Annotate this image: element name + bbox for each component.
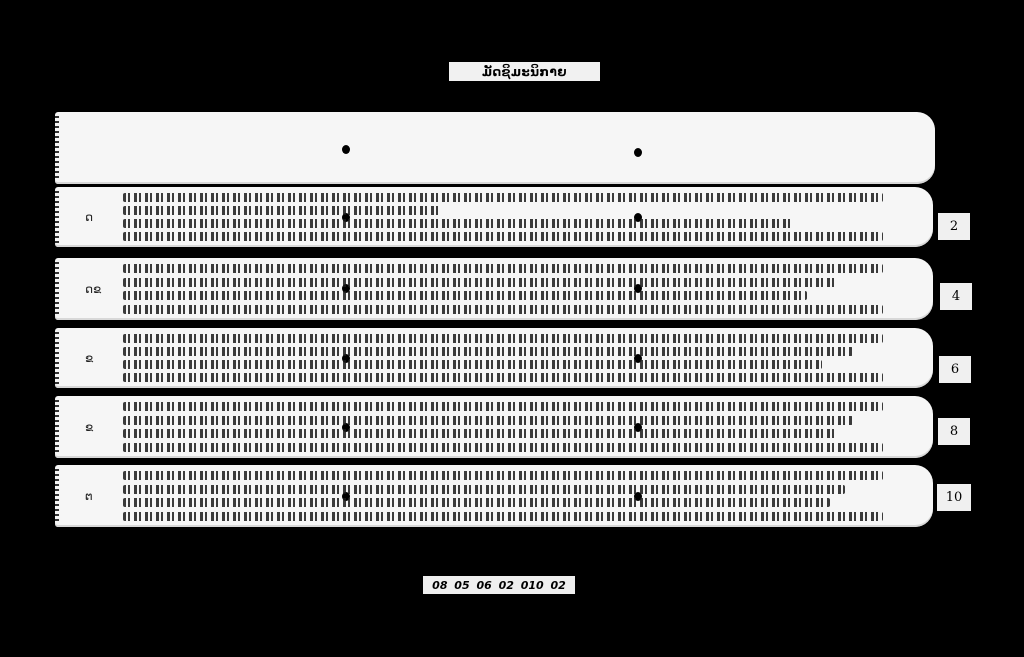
- text-line: inscribed line 2: [123, 278, 837, 287]
- text-line: inscribed line 1: [123, 402, 883, 411]
- leaf-side-number: ດຂ: [85, 282, 101, 296]
- text-line: inscribed line 4: [123, 443, 883, 452]
- text-line: inscribed line 1: [123, 334, 883, 343]
- text-line: inscribed line 3: [123, 360, 822, 369]
- leaf-edge: [55, 469, 59, 523]
- text-line: inscribed line 2: [123, 347, 853, 356]
- text-line: inscribed line 4: [123, 373, 883, 382]
- leaf-side-number: ຂ: [85, 420, 93, 434]
- inscription: inscribed line 1 inscribed line 2 inscri…: [123, 264, 883, 314]
- inscription: inscribed line 1 inscribed line 2 inscri…: [123, 471, 883, 521]
- inscription: inscribed line 1 inscribed line 2 inscri…: [123, 402, 883, 452]
- leaf-edge: [55, 400, 59, 454]
- text-line: inscribed line 2: [123, 485, 845, 494]
- leaf-side-number: ຂ: [85, 351, 93, 365]
- leaf-edge: [55, 191, 59, 243]
- leaf-number-tag-4: 4: [940, 283, 972, 310]
- text-line: inscribed line 3: [123, 219, 792, 228]
- text-line: inscribed line 4: [123, 512, 883, 521]
- manuscript-leaf-4: ຂ inscribed line 1 inscribed line 2 insc…: [55, 396, 933, 458]
- text-line: inscribed line 3: [123, 291, 807, 300]
- manuscript-leaf-2: ດຂ inscribed line 1 inscribed line 2 ins…: [55, 258, 933, 320]
- title-label: ມັດຊິມະນິກາຍ: [449, 62, 600, 81]
- leaf-number-tag-10: 10: [937, 484, 971, 511]
- leaf-edge: [55, 116, 59, 180]
- reference-number-label: 08 05 06 02 010 02: [423, 576, 575, 594]
- text-line: inscribed line 3: [123, 429, 837, 438]
- leaf-number-tag-8: 8: [938, 418, 970, 445]
- leaf-edge: [55, 262, 59, 316]
- leaf-number-tag-2: 2: [938, 213, 970, 240]
- manuscript-leaf-3: ຂ inscribed line 1 inscribed line 2 insc…: [55, 328, 933, 388]
- string-hole-right: [634, 148, 642, 157]
- inscription: inscribed line 1 inscribed line 2 inscri…: [123, 334, 883, 382]
- text-line: inscribed line 1: [123, 264, 883, 273]
- text-line: inscribed line 3: [123, 498, 830, 507]
- manuscript-leaf-5: ຕ inscribed line 1 inscribed line 2 insc…: [55, 465, 933, 527]
- text-line: inscribed line 4: [123, 232, 883, 241]
- leaf-side-number: ຕ: [85, 489, 93, 503]
- leaf-edge: [55, 332, 59, 384]
- leaf-side-number: ດ: [85, 210, 93, 224]
- leaf-number-tag-6: 6: [939, 356, 971, 383]
- string-hole-left: [342, 145, 350, 154]
- manuscript-leaf-1: ດ inscribed line 1 inscribed line 2 insc…: [55, 187, 933, 247]
- text-line: inscribed line 4: [123, 305, 883, 314]
- inscription: inscribed line 1 inscribed line 2 inscri…: [123, 193, 883, 241]
- text-line: inscribed line 2: [123, 206, 442, 215]
- text-line: inscribed line 1: [123, 471, 883, 480]
- text-line: inscribed line 1: [123, 193, 883, 202]
- text-line: inscribed line 2: [123, 416, 853, 425]
- cover-leaf: [55, 112, 935, 184]
